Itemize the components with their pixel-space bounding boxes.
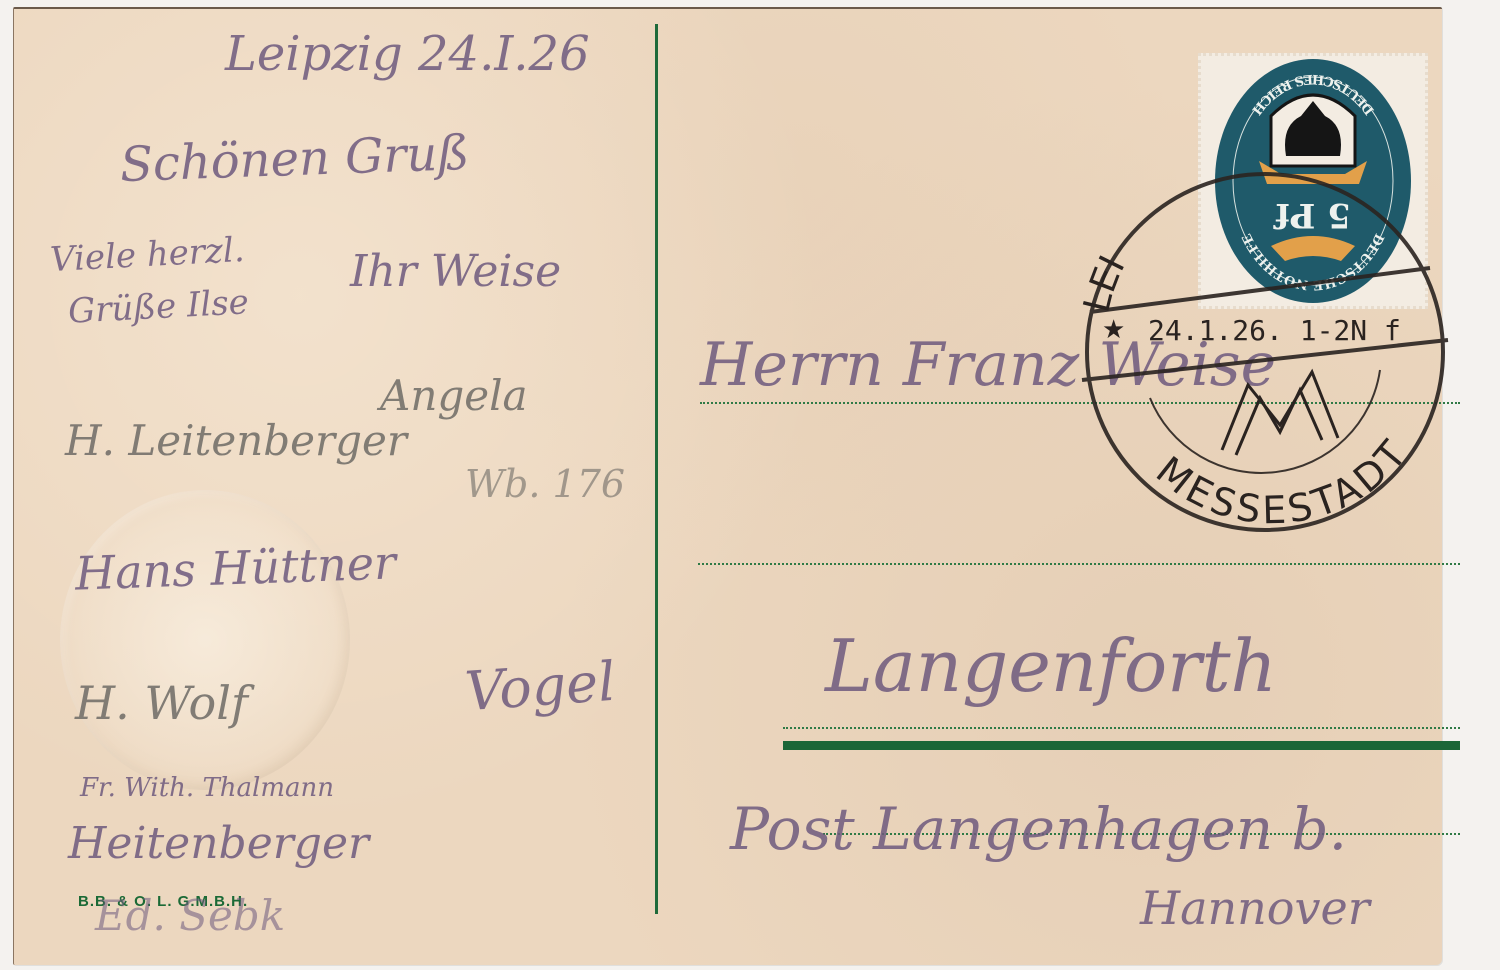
stamp-design-icon: DEUTSCHE NOTHILFE DEUTSCHES REICH 5 Pf (1201, 56, 1425, 306)
embossed-seal (60, 490, 350, 790)
address-line-2 (698, 563, 1460, 565)
address-post-office: Post Langenhagen b. (730, 800, 1347, 858)
address-city: Langenforth (825, 630, 1277, 702)
signature: H. Leitenberger (65, 420, 407, 462)
handwritten-place-date: Leipzig 24.I.26 (225, 30, 590, 78)
address-line-1 (700, 402, 1460, 404)
handwritten-line: Ihr Weise (350, 250, 561, 294)
signature: Heitenberger (68, 822, 369, 866)
pencil-note: Wb. 176 (465, 465, 625, 503)
address-region: Hannover (1140, 885, 1370, 931)
signature: H. Wolf (75, 680, 248, 726)
svg-text:5 Pf: 5 Pf (1273, 195, 1351, 235)
center-divider-line (655, 24, 658, 914)
signature: Vogel (463, 655, 617, 719)
handwritten-line: Viele herzl. (49, 233, 245, 277)
postage-stamp: DEUTSCHE NOTHILFE DEUTSCHES REICH 5 Pf (1198, 53, 1428, 309)
signature: Angela (380, 375, 528, 417)
signature: Hans Hüttner (74, 539, 396, 596)
signature: Ed. Sebk (95, 895, 285, 937)
handwritten-greeting: Schönen Gruß (119, 129, 470, 189)
address-line-3 (783, 727, 1460, 729)
address-recipient: Herrn Franz Weise (700, 335, 1276, 395)
handwritten-line: Grüße Ilse (67, 285, 249, 328)
address-underline (783, 741, 1460, 750)
signature: Fr. With. Thalmann (80, 775, 334, 801)
